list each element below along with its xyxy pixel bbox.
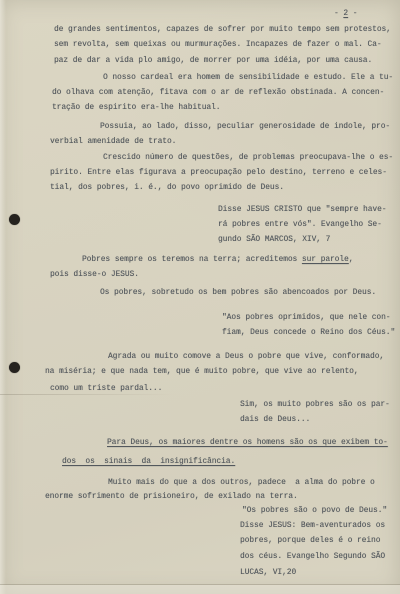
text-line: Para Deus, os maiores dentre os homens s… <box>107 438 388 448</box>
text-segment: tração de espirito era-lhe habitual. <box>52 104 220 112</box>
quote-line: LUCAS, VI,20 <box>240 568 296 578</box>
text-line: Crescido número de questões, de problema… <box>103 153 393 163</box>
text-segment: "Os pobres são o povo de Deus." <box>242 507 387 515</box>
text-segment: fiam, Deus concede o Reino dos Céus." <box>222 329 395 337</box>
text-segment: dais de Deus... <box>240 416 310 424</box>
text-line: verbial amenidade de trato. <box>50 137 176 147</box>
quote-line: Disse JESUS CRISTO que "sempre have- <box>218 205 386 215</box>
text-segment: gundo SÃO MARCOS, XIV, 7 <box>218 236 330 244</box>
hole-punch-top <box>9 214 20 225</box>
quote-line: "Os pobres são o povo de Deus." <box>242 506 387 516</box>
text-segment: de grandes sentimentos, capazes de sofre… <box>54 26 391 34</box>
text-segment: verbial amenidade de trato. <box>50 138 176 146</box>
quote-line: dais de Deus... <box>240 415 310 425</box>
text-segment: dos céus. Evangelho Segundo SÃO <box>240 553 385 561</box>
text-segment: Pobres sempre os teremos na terra; acred… <box>82 256 302 264</box>
text-segment: - <box>348 10 357 18</box>
hole-punch-bottom <box>9 362 20 373</box>
text-segment: enorme sofrimento de prisioneiro, de exi… <box>45 493 298 501</box>
text-line: de grandes sentimentos, capazes de sofre… <box>54 25 391 35</box>
text-segment: "Aos pobres oprimidos, que nele con- <box>222 314 390 322</box>
text-line: tração de espirito era-lhe habitual. <box>52 103 220 113</box>
quote-line: rá pobres entre vós". Evangelho Se- <box>218 220 382 230</box>
text-segment: O nosso cardeal era homem de sensibilida… <box>103 74 393 82</box>
text-line: Muito mais do que a dos outros, padece a… <box>108 478 375 488</box>
page-number: - 2 - <box>334 9 357 19</box>
text-segment: paz de dar a vida plo amigo, de morrer p… <box>54 57 372 65</box>
underlined-text: Para Deus, os maiores dentre os homens s… <box>107 439 388 447</box>
text-line: na miséria; e que nada tem, que é muito … <box>45 367 359 377</box>
text-segment: Os pobres, sobretudo os bem pobres são a… <box>100 289 376 297</box>
text-segment: Disse JESUS: Bem-aventurados os <box>240 522 385 530</box>
text-segment: Muito mais do que a dos outros, padece a… <box>108 479 375 487</box>
underlined-text: dos os sinais da insignificância. <box>62 458 235 466</box>
text-line: paz de dar a vida plo amigo, de morrer p… <box>54 56 372 66</box>
text-line: enorme sofrimento de prisioneiro, de exi… <box>45 492 298 502</box>
text-segment: LUCAS, VI,20 <box>240 569 296 577</box>
text-segment: Crescido número de questões, de problema… <box>103 154 393 162</box>
text-segment: Possuia, ao lado, disso, peculiar genero… <box>100 123 390 131</box>
quote-line: Sim, os muito pobres são os par- <box>240 400 390 410</box>
text-line: do olhava com atenção, fitava com o ar d… <box>52 88 384 98</box>
text-line: pirito. Entre elas figurava a preocupaçã… <box>50 168 387 178</box>
underlined-text: sur parole <box>302 256 349 264</box>
text-segment: Agrada ou muito comove a Deus o pobre qu… <box>108 353 384 361</box>
text-segment: sem revolta, sem queixas ou murmurações.… <box>54 41 382 49</box>
quote-line: dos céus. Evangelho Segundo SÃO <box>240 552 385 562</box>
text-line: sem revolta, sem queixas ou murmurações.… <box>54 40 382 50</box>
text-line: Agrada ou muito comove a Deus o pobre qu… <box>108 352 384 362</box>
text-segment: na miséria; e que nada tem, que é muito … <box>45 368 359 376</box>
text-segment: , <box>349 256 354 264</box>
fold-crease-line <box>0 394 175 395</box>
text-segment: Disse JESUS CRISTO que "sempre have- <box>218 206 386 214</box>
quote-line: fiam, Deus concede o Reino dos Céus." <box>222 328 395 338</box>
text-line: dos os sinais da insignificância. <box>62 457 235 467</box>
text-segment: Sim, os muito pobres são os par- <box>240 401 390 409</box>
text-segment: - <box>334 10 343 18</box>
text-line: Os pobres, sobretudo os bem pobres são a… <box>100 288 376 298</box>
text-line: O nosso cardeal era homem de sensibilida… <box>103 73 393 83</box>
quote-line: gundo SÃO MARCOS, XIV, 7 <box>218 235 330 245</box>
quote-line: pobres, porque deles é o reino <box>240 536 380 546</box>
text-segment: pois disse-o JESUS. <box>50 271 139 279</box>
document-page: - 2 -de grandes sentimentos, capazes de … <box>0 0 400 594</box>
text-segment: rá pobres entre vós". Evangelho Se- <box>218 221 382 229</box>
text-line: Possuia, ao lado, disso, peculiar genero… <box>100 122 390 132</box>
text-line: Pobres sempre os teremos na terra; acred… <box>82 255 353 265</box>
text-line: tial, dos pobres, i. é., do povo oprimid… <box>50 183 284 193</box>
text-line: pois disse-o JESUS. <box>50 270 139 280</box>
text-segment: do olhava com atenção, fitava com o ar d… <box>52 89 384 97</box>
paper-left-edge <box>0 0 6 594</box>
text-segment: pirito. Entre elas figurava a preocupaçã… <box>50 169 387 177</box>
text-segment: pobres, porque deles é o reino <box>240 537 380 545</box>
text-segment: tial, dos pobres, i. é., do povo oprimid… <box>50 184 284 192</box>
quote-line: Disse JESUS: Bem-aventurados os <box>240 521 385 531</box>
paper-bottom-edge <box>0 585 400 594</box>
text-segment: como um triste pardal... <box>50 385 162 393</box>
text-line: como um triste pardal... <box>50 384 162 394</box>
quote-line: "Aos pobres oprimidos, que nele con- <box>222 313 390 323</box>
